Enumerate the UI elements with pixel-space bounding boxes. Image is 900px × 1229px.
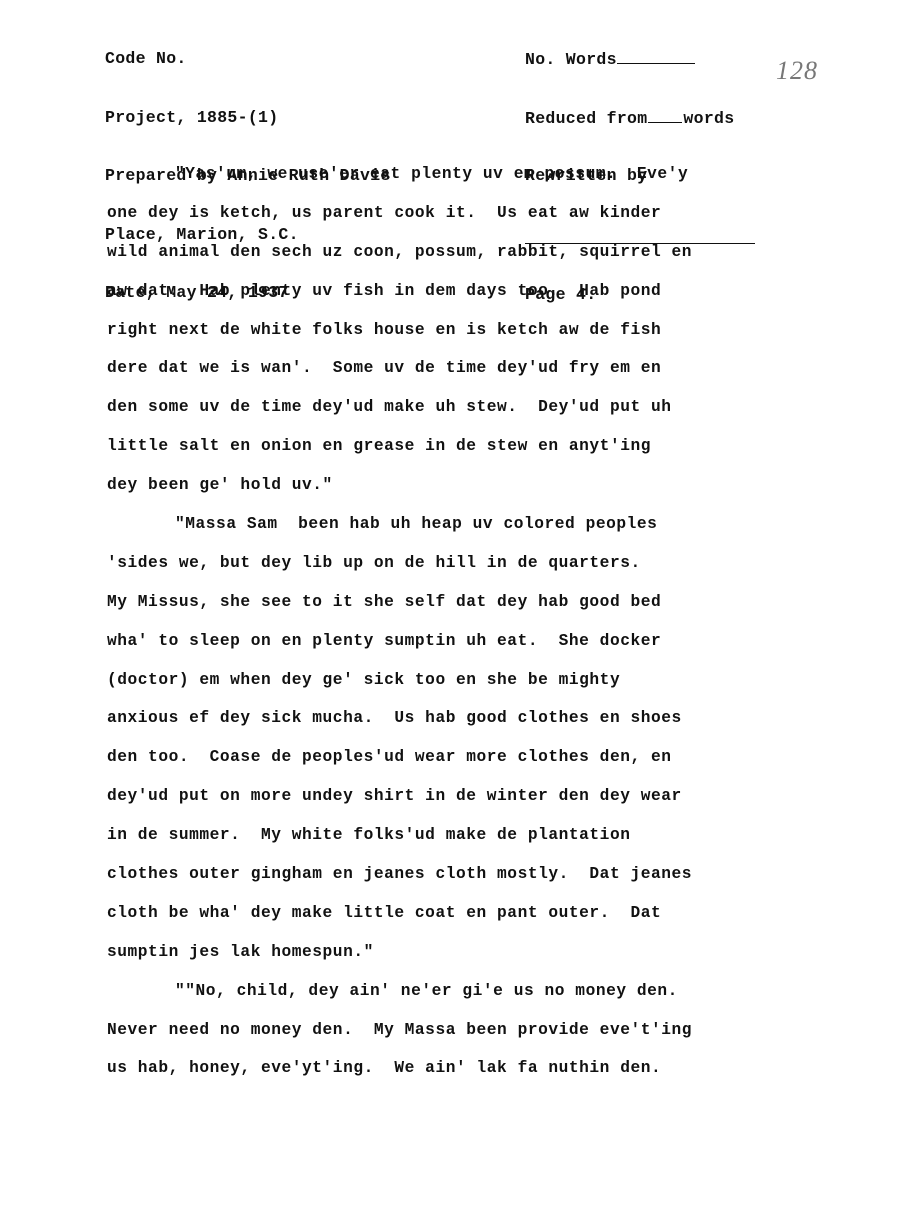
code-number: Code No. — [105, 49, 391, 69]
text-line: (doctor) em when dey ge' sick too en she… — [107, 669, 807, 708]
text-line: den some uv de time dey'ud make uh stew.… — [107, 396, 807, 435]
text-line: in de summer. My white folks'ud make de … — [107, 824, 807, 863]
text-line: one dey is ketch, us parent cook it. Us … — [107, 202, 807, 241]
text-line: aw dat. Hab plenty uv fish in dem days t… — [107, 280, 807, 319]
text-line: cloth be wha' dey make little coat en pa… — [107, 902, 807, 941]
text-line: dere dat we is wan'. Some uv de time dey… — [107, 357, 807, 396]
no-words-label: No. Words — [525, 50, 617, 69]
text-line: little salt en onion en grease in de ste… — [107, 435, 807, 474]
text-line: sumptin jes lak homespun." — [107, 941, 807, 980]
document-body: "Yas'um, we use'er eat plenty uv em poss… — [107, 163, 807, 1096]
text-line: ""No, child, dey ain' ne'er gi'e us no m… — [107, 980, 807, 1019]
document-page: Code No. Project, 1885-(1) Prepared by A… — [0, 0, 900, 1229]
no-words-blank — [617, 49, 695, 64]
text-line: right next de white folks house en is ke… — [107, 319, 807, 358]
text-line: My Missus, she see to it she self dat de… — [107, 591, 807, 630]
text-line: "Massa Sam been hab uh heap uv colored p… — [107, 513, 807, 552]
text-line: dey been ge' hold uv." — [107, 474, 807, 513]
reduced-from-field: Reduced fromwords — [525, 108, 765, 128]
text-line: den too. Coase de peoples'ud wear more c… — [107, 746, 807, 785]
text-line: "Yas'um, we use'er eat plenty uv em poss… — [107, 163, 807, 202]
text-line: clothes outer gingham en jeanes cloth mo… — [107, 863, 807, 902]
project-number: Project, 1885-(1) — [105, 108, 391, 128]
reduced-words-label: words — [683, 109, 734, 128]
text-line: us hab, honey, eve'yt'ing. We ain' lak f… — [107, 1057, 807, 1096]
text-line: wha' to sleep on en plenty sumptin uh ea… — [107, 630, 807, 669]
text-line: wild animal den sech uz coon, possum, ra… — [107, 241, 807, 280]
reduced-from-blank — [648, 108, 682, 123]
text-line: dey'ud put on more undey shirt in de win… — [107, 785, 807, 824]
no-words-field: No. Words — [525, 49, 765, 69]
text-line: Never need no money den. My Massa been p… — [107, 1019, 807, 1058]
reduced-from-label: Reduced from — [525, 109, 647, 128]
text-line: 'sides we, but dey lib up on de hill in … — [107, 552, 807, 591]
page-stamp-number: 128 — [776, 56, 818, 86]
text-line: anxious ef dey sick mucha. Us hab good c… — [107, 707, 807, 746]
